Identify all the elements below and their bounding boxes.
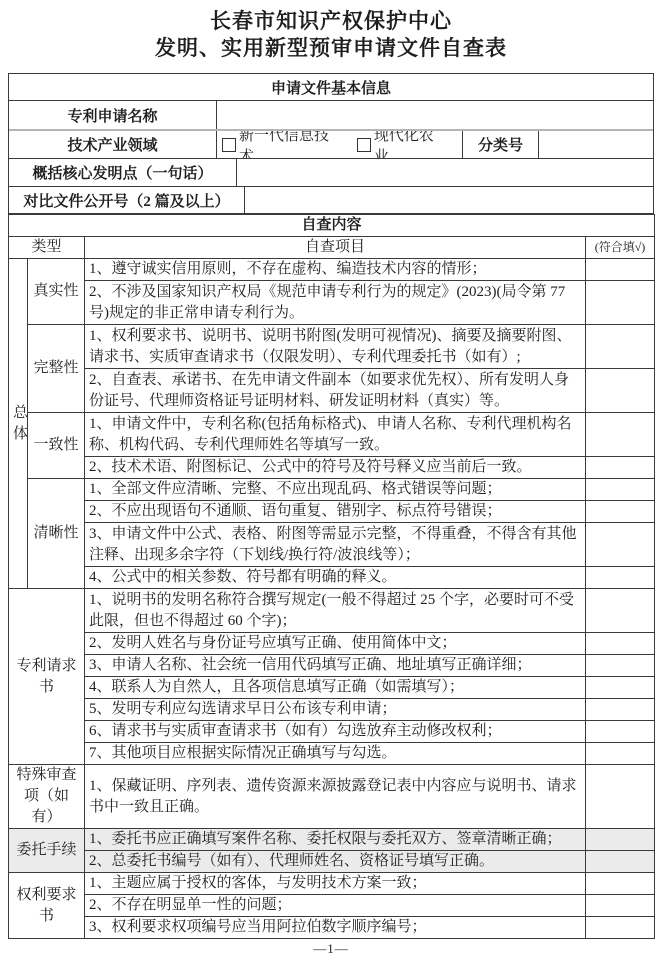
check-item-text: 2、技术术语、附图标记、公式中的符号及符号释义应当前后一致。	[85, 457, 586, 479]
check-item-text: 1、遵守诚实信用原则，不存在虚构、编造技术内容的情形；	[85, 259, 586, 281]
check-mark-cell[interactable]	[586, 743, 655, 765]
check-mark-cell[interactable]	[586, 479, 655, 501]
check-mark-cell[interactable]	[586, 873, 655, 895]
category-completeness: 完整性	[28, 325, 85, 413]
checkbox-icon[interactable]	[222, 138, 236, 152]
check-item-text: 7、其他项目应根据实际情况正确填写与勾选。	[85, 743, 586, 765]
check-item-text: 1、委托书应正确填写案件名称、委托权限与委托双方、签章清晰正确；	[85, 829, 586, 851]
check-item-text: 3、权利要求权项编号应当用阿拉伯数字顺序编号；	[85, 917, 586, 939]
check-item-text: 2、发明人姓名与身份证号应填写正确、使用简体中文；	[85, 633, 586, 655]
check-item-text: 3、申请人名称、社会统一信用代码填写正确、地址填写正确详细；	[85, 655, 586, 677]
check-item-text: 4、公式中的相关参数、符号都有明确的释义。	[85, 567, 586, 589]
checkbox-new-gen-it[interactable]: 新一代信息技术	[222, 131, 343, 158]
selfcheck-table: 自查内容 类型 自查项目 (符合填√) 总体 真实性 1、遵守诚实信用原则，不存…	[8, 214, 655, 939]
check-mark-cell[interactable]	[586, 655, 655, 677]
check-item-text: 1、主题应属于授权的客体，与发明技术方案一致；	[85, 873, 586, 895]
check-item-text: 2、不涉及国家知识产权局《规范申请专利行为的规定》(2023)(局令第 77 号…	[85, 281, 586, 325]
tech-field-options-cell: 新一代信息技术 现代化农业	[216, 131, 462, 158]
check-mark-cell[interactable]	[586, 677, 655, 699]
title-line-1: 长春市知识产权保护中心	[0, 8, 662, 35]
check-mark-cell[interactable]	[586, 281, 655, 325]
check-item-text: 5、发明专利应勾选请求早日公布该专利申请；	[85, 699, 586, 721]
check-mark-cell[interactable]	[586, 501, 655, 523]
document-title: 长春市知识产权保护中心 发明、实用新型预审申请文件自查表	[0, 0, 662, 62]
patent-name-input-cell[interactable]	[216, 101, 653, 129]
section-patent-request: 专利请求书	[9, 589, 85, 765]
core-invention-label: 概括核心发明点（一句话）	[9, 159, 236, 186]
checkbox-modern-agriculture[interactable]: 现代化农业	[357, 131, 448, 158]
category-clarity: 清晰性	[28, 479, 85, 589]
class-no-input-cell[interactable]	[538, 131, 653, 158]
check-item-text: 2、总委托书编号（如有）、代理师姓名、资格证号填写正确。	[85, 851, 586, 873]
check-mark-cell[interactable]	[586, 917, 655, 939]
check-item-text: 4、联系人为自然人，且各项信息填写正确（如需填写）；	[85, 677, 586, 699]
check-mark-cell[interactable]	[586, 851, 655, 873]
check-mark-cell[interactable]	[586, 259, 655, 281]
check-mark-cell[interactable]	[586, 369, 655, 413]
check-mark-cell[interactable]	[586, 721, 655, 743]
page-number: —1—	[0, 941, 662, 957]
section-claims: 权利要求书	[9, 873, 85, 939]
title-line-2: 发明、实用新型预审申请文件自查表	[0, 35, 662, 62]
checkbox-modern-agriculture-label: 现代化农业	[374, 131, 448, 158]
check-mark-cell[interactable]	[586, 765, 655, 829]
section-entrust-procedure: 委托手续	[9, 829, 85, 873]
column-header-type: 类型	[9, 237, 85, 259]
check-mark-cell[interactable]	[586, 523, 655, 567]
check-mark-cell[interactable]	[586, 413, 655, 457]
check-item-text: 2、自查表、承诺书、在先申请文件副本（如要求优先权）、所有发明人身份证号、代理师…	[85, 369, 586, 413]
patent-name-label: 专利申请名称	[9, 101, 216, 129]
column-header-item: 自查项目	[85, 237, 586, 259]
category-consistency: 一致性	[28, 413, 85, 479]
check-item-text: 1、申请文件中，专利名称(包括角标格式)、申请人名称、专利代理机构名称、机构代码…	[85, 413, 586, 457]
check-mark-cell[interactable]	[586, 699, 655, 721]
check-item-text: 2、不应出现语句不通顺、语句重复、错别字、标点符号错误；	[85, 501, 586, 523]
basic-info-table: 申请文件基本信息 专利申请名称 技术产业领域 新一代信息技术 现代化农业 分类号	[8, 73, 654, 214]
check-item-text: 1、全部文件应清晰、完整、不应出现乱码、格式错误等问题；	[85, 479, 586, 501]
check-item-text: 2、不存在明显单一性的问题；	[85, 895, 586, 917]
check-item-text: 1、权利要求书、说明书、说明书附图(发明可视情况)、摘要及摘要附图、请求书、实质…	[85, 325, 586, 369]
selfcheck-header: 自查内容	[9, 215, 655, 237]
check-mark-cell[interactable]	[586, 567, 655, 589]
checkbox-new-gen-it-label: 新一代信息技术	[239, 131, 343, 158]
category-authenticity: 真实性	[28, 259, 85, 325]
check-item-text: 1、说明书的发明名称符合撰写规定(一般不得超过 25 个字，必要时可不受此限，但…	[85, 589, 586, 633]
check-mark-cell[interactable]	[586, 895, 655, 917]
core-invention-input-cell[interactable]	[236, 159, 653, 186]
check-mark-cell[interactable]	[586, 829, 655, 851]
compare-doc-input-cell[interactable]	[244, 187, 653, 213]
checkbox-icon[interactable]	[357, 138, 371, 152]
section-special-exam: 特殊审查项（如有）	[9, 765, 85, 829]
class-no-label: 分类号	[462, 131, 538, 158]
check-item-text: 1、保藏证明、序列表、遗传资源来源披露登记表中内容应与说明书、请求书中一致且正确…	[85, 765, 586, 829]
check-mark-cell[interactable]	[586, 325, 655, 369]
column-header-check: (符合填√)	[586, 237, 655, 259]
check-mark-cell[interactable]	[586, 633, 655, 655]
tech-field-label: 技术产业领域	[9, 131, 216, 158]
check-mark-cell[interactable]	[586, 457, 655, 479]
check-mark-cell[interactable]	[586, 589, 655, 633]
check-item-text: 3、申请文件中公式、表格、附图等需显示完整，不得重叠，不得含有其他注释、出现多余…	[85, 523, 586, 567]
group-label-overall: 总体	[9, 259, 28, 589]
check-item-text: 6、请求书与实质审查请求书（如有）勾选放弃主动修改权利；	[85, 721, 586, 743]
basic-info-header: 申请文件基本信息	[9, 74, 653, 100]
document-page: 长春市知识产权保护中心 发明、实用新型预审申请文件自查表 申请文件基本信息 专利…	[0, 0, 662, 965]
compare-doc-label: 对比文件公开号（2 篇及以上）	[9, 187, 244, 213]
